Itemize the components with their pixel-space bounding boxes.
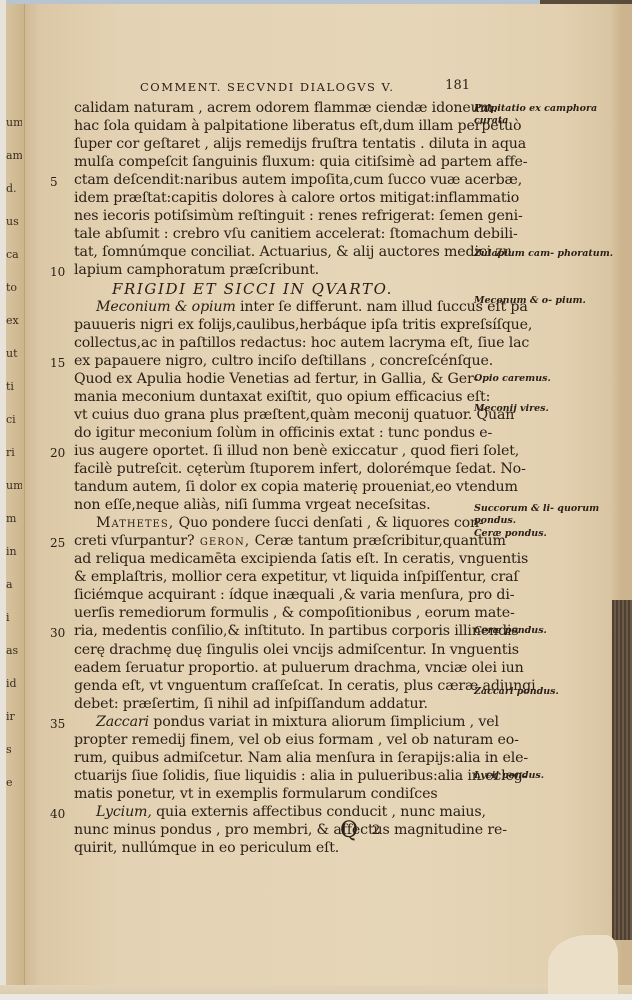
- line-number: 10: [50, 265, 65, 279]
- text-line: mulſa compeſcit ſanguinis fluxum: quia c…: [74, 154, 469, 171]
- signature-number: 2: [372, 823, 380, 838]
- previous-page-text-fragment: to: [6, 281, 22, 294]
- italic-term: Zaccari: [96, 714, 149, 730]
- text-line: Lycium, quia externis affectibus conduci…: [96, 804, 491, 821]
- previous-page-text-fragment: ca: [6, 248, 22, 261]
- text-line: ſiciémque acquirant : ídque inæquali ,& …: [74, 587, 469, 604]
- page-number: 181: [445, 78, 470, 93]
- text-line: propter remedij finem, vel ob eius forma…: [74, 732, 469, 749]
- marginal-note: Ceræ pondus.: [474, 528, 614, 540]
- section-heading: FRIGIDI ET SICCI IN QVARTO.: [112, 281, 507, 298]
- marginal-note: Meconum & o- pium.: [474, 295, 614, 307]
- previous-page-text-fragment: ri: [6, 446, 22, 459]
- line-number: 15: [50, 356, 65, 370]
- scan-top-border: [0, 0, 632, 4]
- text-line: lapium camphoratum præſcribunt.: [74, 262, 469, 279]
- previous-page-text-fragment: as: [6, 644, 22, 657]
- page-corner-curl: [548, 935, 618, 995]
- line-number: 20: [50, 446, 65, 460]
- text-line: do igitur meconium ſolùm in officinis ex…: [74, 425, 469, 442]
- previous-page-text-fragment: am: [6, 149, 22, 162]
- marginal-note: Meconij vires.: [474, 403, 614, 415]
- previous-page-text-fragment: id: [6, 677, 22, 690]
- text-line: & emplaſtris, mollior cera expetitur, vt…: [74, 569, 469, 586]
- text-line: non eſſe,neque aliàs, niſi ſumma vrgeat …: [74, 497, 469, 514]
- text-line: mania meconium duntaxat exiſtit, quo opi…: [74, 389, 469, 406]
- text-line: matis ponetur, vt in exemplis formularum…: [74, 786, 469, 803]
- text-line: quirit, nullúmque in eo periculum eſt.: [74, 840, 469, 857]
- previous-page-text-fragment: um: [6, 479, 22, 492]
- text-line: ex papauere nigro, cultro inciſo deſtill…: [74, 353, 469, 370]
- marginal-note: Zaccari pondus.: [474, 686, 614, 698]
- text-line: tale abſumit : crebro vſu canitiem accel…: [74, 226, 469, 243]
- speaker-name: geron,: [194, 533, 250, 549]
- previous-page-text-fragment: ir: [6, 710, 22, 723]
- previous-page-text-fragment: d.: [6, 182, 22, 195]
- running-title: COMMENT. SECVNDI DIALOGVS V.: [140, 80, 395, 94]
- text-line: uerſis remediorum formulis , & compoſiti…: [74, 605, 469, 622]
- line-number: 25: [50, 536, 65, 550]
- text-line: genda eſt, vt vnguentum craſſeſcat. In c…: [74, 678, 469, 695]
- text-line: rum, quibus admiſcetur. Nam alia menſura…: [74, 750, 469, 767]
- previous-page-text-fragment: e: [6, 776, 22, 789]
- marginal-note: Lycij pondus.: [474, 770, 614, 782]
- text-line: nes iecoris potiſsimùm reſtinguit : rene…: [74, 208, 469, 225]
- previous-page-text-fragment: s: [6, 743, 22, 756]
- italic-term: Lycium,: [96, 804, 152, 820]
- line-number: 40: [50, 807, 65, 821]
- previous-page-text-fragment: ci: [6, 413, 22, 426]
- speaker-name: Mathetes,: [96, 515, 174, 531]
- text-line: Mathetes, Quo pondere ſucci denſati , & …: [96, 515, 491, 532]
- text-line: nunc minus pondus , pro membri, & affect…: [74, 822, 469, 839]
- marginal-note: Palpitatio ex camphora curata: [474, 103, 614, 127]
- line-number: 30: [50, 626, 65, 640]
- text-line: Quod ex Apulia hodie Venetias ad fertur,…: [74, 371, 469, 388]
- text-line: cerę drachmę duę ſingulis olei vncijs ad…: [74, 642, 469, 659]
- text-line: facilè putreſcit. cęterùm ſtuporem infer…: [74, 461, 469, 478]
- text-line: debet: præſertim, ſi nihil ad inſpiſſand…: [74, 696, 469, 713]
- text-line: hac ſola quidam à palpitatione liberatus…: [74, 118, 469, 135]
- line-number: 5: [50, 175, 58, 189]
- marginal-note: Zulapium cam- phoratum.: [474, 248, 614, 260]
- text-line: ria, medentis conſilio,& inſtituto. In p…: [74, 623, 469, 640]
- previous-page-text-fragment: m: [6, 512, 22, 525]
- previous-page-text-fragment: ut: [6, 347, 22, 360]
- text-line: eadem ſeruatur proportio. at puluerum dr…: [74, 660, 469, 677]
- marginal-note: Ceræ pondus.: [474, 625, 614, 637]
- text-line: Zaccari pondus variat in mixtura aliorum…: [96, 714, 491, 731]
- text-line: collectus,ac in paſtillos redactus: hoc …: [74, 335, 469, 352]
- previous-page-text-fragment: a: [6, 578, 22, 591]
- text-line: tandum autem, ſi dolor ex copia materię …: [74, 479, 469, 496]
- text-line: ctam deſcendit:naribus autem impoſita,cu…: [74, 172, 469, 189]
- italic-term: Meconium & opium: [96, 299, 236, 315]
- signature-letter: Q: [340, 818, 358, 843]
- text-line: ad reliqua medicamēta excipienda ſatis e…: [74, 551, 469, 568]
- previous-page-text-fragment: um: [6, 116, 22, 129]
- previous-page-text-fragment: in: [6, 545, 22, 558]
- text-line: Meconium & opium inter ſe differunt. nam…: [96, 299, 491, 316]
- line-number: 35: [50, 717, 65, 731]
- running-header: COMMENT. SECVNDI DIALOGVS V. 181: [140, 80, 470, 98]
- text-line: pauueris nigri ex folijs,caulibus,herbáq…: [74, 317, 469, 334]
- marginal-note: Succorum & li- quorum pondus.: [474, 503, 614, 527]
- previous-page-text-fragment: ti: [6, 380, 22, 393]
- previous-page-text-fragment: ex: [6, 314, 22, 327]
- text-line: creti vſurpantur? geron, Ceræ tantum præ…: [74, 533, 469, 550]
- book-page: umamd.uscatoexutticiriumminaiasidirse CO…: [0, 0, 632, 1000]
- text-line: tat, ſomnúmque conciliat. Actuarius, & a…: [74, 244, 469, 261]
- scan-top-border-dark: [540, 0, 632, 4]
- previous-page-text-fragment: i: [6, 611, 22, 624]
- text-line: idem præſtat:capitis dolores à calore or…: [74, 190, 469, 207]
- text-line: ctuarijs ſiue ſolidis, ſiue liquidis : a…: [74, 768, 469, 785]
- scan-bottom-border: [0, 994, 632, 1000]
- text-line: vt cuius duo grana plus præſtent,quàm me…: [74, 407, 469, 424]
- signature-mark: Q2: [340, 818, 380, 843]
- marginal-note: Opio caremus.: [474, 373, 614, 385]
- previous-page-edge: umamd.uscatoexutticiriumminaiasidirse: [6, 4, 25, 994]
- book-fore-edge: [612, 600, 632, 940]
- previous-page-text-fragment: us: [6, 215, 22, 228]
- text-line: ſuper cor geſtaret , alijs remedijs fruſ…: [74, 136, 469, 153]
- text-line: calidam naturam , acrem odorem flammæ ci…: [74, 100, 469, 117]
- text-line: ius augere oportet. ſi illud non benè ex…: [74, 443, 469, 460]
